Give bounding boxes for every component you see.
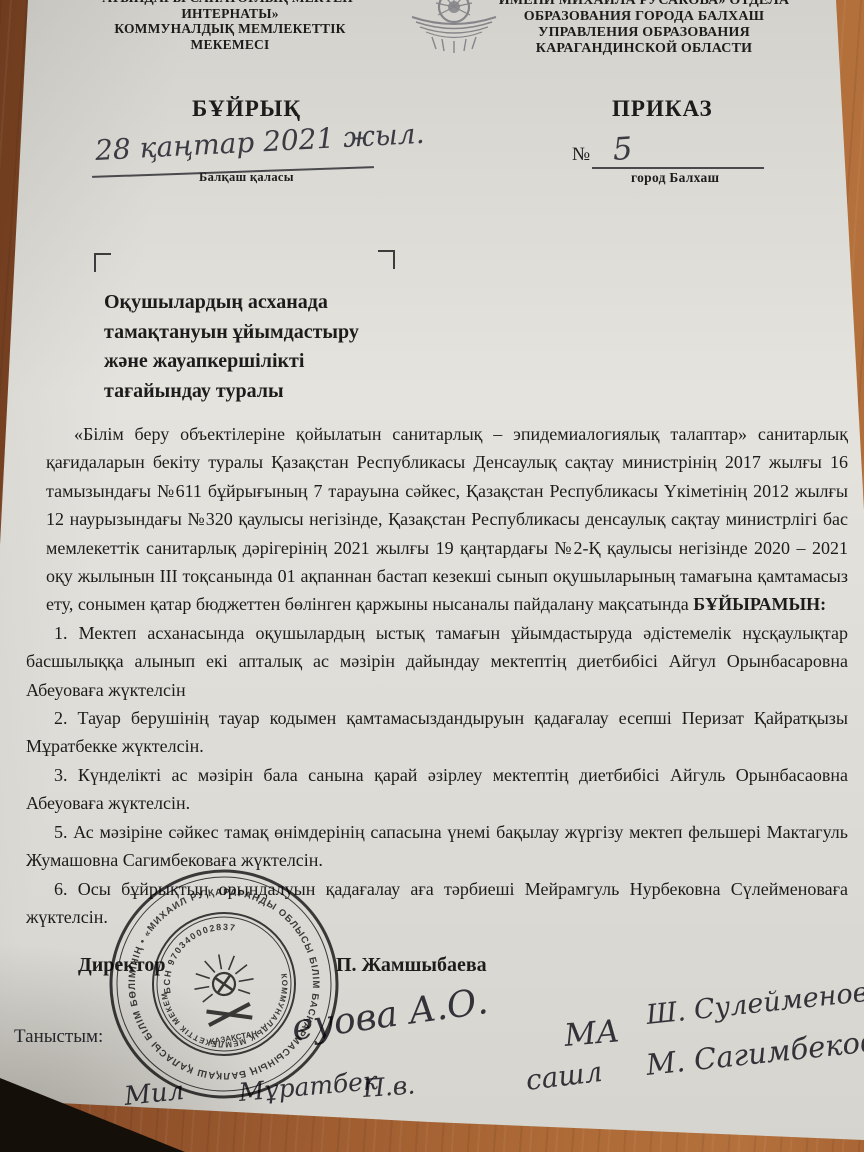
svg-text:БСН 970340002837: БСН 970340002837 [152, 919, 247, 995]
director-name: П. Жамшыбаева [336, 954, 487, 977]
order-subject: Оқушылардың асханада тамақтануын ұйымдас… [104, 288, 359, 406]
number-underline [592, 167, 764, 169]
org-kk-line4: МЕКЕМЕСІ [58, 37, 402, 53]
subject-line4: тағайындау туралы [104, 377, 359, 407]
place-kazakh: Балқаш қаласы [199, 170, 294, 185]
stamp-outer-ring-text: ҚАРАҒАНДЫ ОБЛЫСЫ БІЛІМ БАСҚАРМАСЫНЫҢ БАЛ… [85, 845, 336, 1101]
order-title-kazakh: БҰЙРЫҚ [192, 96, 301, 122]
place-russian: город Балхаш [631, 170, 719, 186]
org-kk-line2: ИНТЕРНАТЫ» [58, 6, 402, 22]
order-body: «Білім беру объектілеріне қойылатын сани… [26, 420, 848, 931]
org-name-russian: ИМЕНИ МИХАИЛА РУСАКОВА» ОТДЕЛА ОБРАЗОВАН… [468, 0, 820, 57]
acquainted-label: Таныстым: [14, 1026, 103, 1048]
signature-suleimenova: Ш. Сулейменова [645, 975, 864, 1031]
signature-mil: Мил [123, 1076, 186, 1112]
order-item-5: 5. Ас мәзіріне сәйкес тамақ өнімдерінің … [26, 818, 848, 875]
order-item-2: 2. Тауар берушінің тауар кодымен қамтама… [26, 704, 848, 761]
signature-ma: МА [563, 1013, 621, 1054]
org-kk-line1: АТЫНДАҒЫ САНАТОРЛЫҚ МЕКТЕП- [58, 0, 402, 6]
stamp-center-emblem: ҚАЗАҚСТАН [189, 949, 264, 1047]
corner-bracket-left [94, 253, 111, 272]
corner-bracket-right [378, 250, 395, 269]
number-sign: № [572, 144, 590, 166]
org-name-kazakh: АТЫНДАҒЫ САНАТОРЛЫҚ МЕКТЕП- ИНТЕРНАТЫ» К… [58, 0, 402, 52]
signature-sagimbekov: М. Сагимбеков [644, 1024, 864, 1082]
org-ru-line4: КАРАГАНДИНСКОЙ ОБЛАСТИ [468, 41, 820, 57]
order-item-1: 1. Мектеп асханасында оқушылардың ыстық … [26, 619, 848, 704]
signature-pv: П.в. [362, 1070, 416, 1103]
org-ru-line3: УПРАВЛЕНИЯ ОБРАЗОВАНИЯ [468, 25, 820, 41]
svg-text:ҚАРАҒАНДЫ ОБЛЫСЫ БІЛІМ БАСҚАРМ: ҚАРАҒАНДЫ ОБЛЫСЫ БІЛІМ БАСҚАРМАСЫНЫҢ БАЛ… [85, 845, 336, 1101]
resolve-word: БҰЙЫРАМЫН: [693, 594, 826, 614]
photographed-order-document: АТЫНДАҒЫ САНАТОРЛЫҚ МЕКТЕП- ИНТЕРНАТЫ» К… [0, 0, 864, 1152]
paper-sheet: АТЫНДАҒЫ САНАТОРЛЫҚ МЕКТЕП- ИНТЕРНАТЫ» К… [0, 0, 864, 1152]
org-ru-line1: ИМЕНИ МИХАИЛА РУСАКОВА» ОТДЕЛА [468, 0, 820, 9]
subject-line2: тамақтануын ұйымдастыру [104, 318, 359, 348]
handwritten-date: 28 қаңтар 2021 жыл. [94, 117, 425, 167]
order-item-3: 3. Күнделікті ас мәзірін бала санына қар… [26, 761, 848, 818]
handwritten-number: 5 [611, 131, 633, 168]
order-title-russian: ПРИКАЗ [612, 96, 713, 122]
signature-sashl: сашл [524, 1055, 604, 1097]
subject-line3: және жауапкершілікті [104, 347, 359, 377]
preamble-text: «Білім беру объектілеріне қойылатын сани… [46, 424, 848, 614]
subject-line1: Оқушылардың асханада [104, 288, 359, 318]
preamble-paragraph: «Білім беру объектілеріне қойылатын сани… [46, 420, 848, 619]
stamp-bsn-text: БСН 970340002837 [152, 919, 247, 995]
org-kk-line3: КОММУНАЛДЫҚ МЕМЛЕКЕТТІК [58, 21, 402, 37]
org-ru-line2: ОБРАЗОВАНИЯ ГОРОДА БАЛХАШ [468, 9, 820, 25]
